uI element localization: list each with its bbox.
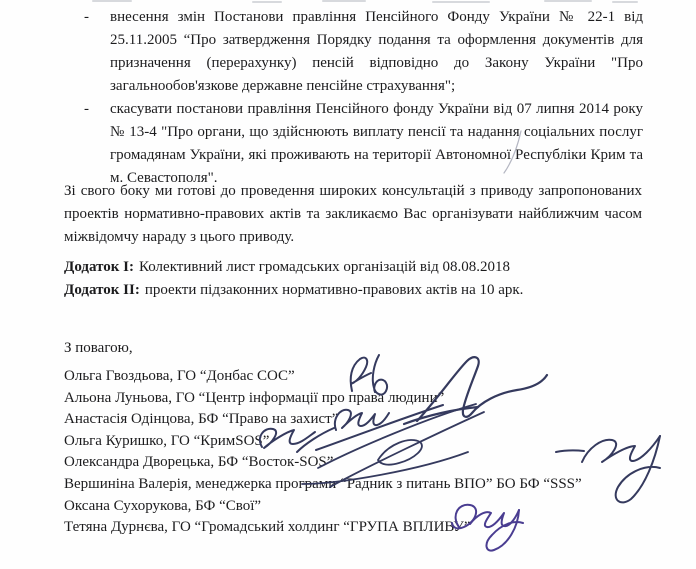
signatories-list: Ольга Гвоздьова, ГО “Донбас СОС” Альона … [64,366,684,539]
scan-artifact [544,0,592,2]
signatory-line: Оксана Сухорукова, БФ “Свої” [64,496,684,518]
attachment-text: проекти підзаконних нормативно-правових … [145,282,524,298]
signatory-line: Анастасія Одінцова, БФ “Право на захист” [64,409,684,431]
bullet-dash: - [84,6,110,29]
paragraph-line: Зі свого боку ми готові до проведення ши… [64,180,642,203]
signatory-line: Альона Луньова, ГО “Центр інформації про… [64,388,684,410]
paragraph-line: міжвідомчу нараду з цього приводу. [64,226,642,249]
closing-salutation: З повагою, [64,338,133,358]
signatory-line: Ольга Гвоздьова, ГО “Донбас СОС” [64,366,684,388]
bullet-list: - внесення змін Постанови правління Пенс… [84,6,643,190]
bullet-line: № 13-4 "Про органи, що здійснюють виплат… [110,121,643,144]
signatory-line: Тетяна Дурнєва, ГО “Громадський холдинг … [64,517,684,539]
bullet-line: внесення змін Постанови правління Пенсій… [110,6,643,29]
attachment-text: Колективний лист громадських організацій… [139,259,510,275]
bullet-line: призначення (перерахунку) пенсій відпові… [110,52,643,75]
list-item: - внесення змін Постанови правління Пенс… [84,6,643,98]
bullet-line: скасувати постанови правління Пенсійного… [110,98,643,121]
bullet-text: внесення змін Постанови правління Пенсій… [110,6,643,98]
scan-artifact [322,0,366,2]
scan-artifact [252,1,282,3]
bullet-text: скасувати постанови правління Пенсійного… [110,98,643,190]
signatory-line: Ольга Куришко, ГО “КримSOS” [64,431,684,453]
scan-artifact [92,0,132,2]
signatory-line: Олександра Дворецька, БФ “Восток-SOS” [64,452,684,474]
bullet-dash: - [84,98,110,121]
list-item: - скасувати постанови правління Пенсійно… [84,98,643,190]
scan-artifact [432,1,490,3]
scan-artifact [612,1,638,3]
attachment-line: Додаток I:Колективний лист громадських о… [64,256,664,279]
body-paragraph: Зі свого боку ми готові до проведення ши… [64,180,642,249]
signatory-line: Вершиніна Валерія, менеджерка програми “… [64,474,684,496]
paragraph-line: проектів нормативно-правових актів та за… [64,203,642,226]
bullet-line: 25.11.2005 “Про затвердження Порядку под… [110,29,643,52]
attachment-line: Додаток II:проекти підзаконних нормативн… [64,279,664,302]
bullet-line: громадянам України, які проживають на те… [110,144,643,167]
bullet-line: загальнообов'язкове державне пенсійне ст… [110,75,643,98]
attachment-label: Додаток II: [64,282,140,298]
attachment-label: Додаток I: [64,259,134,275]
scanned-letter-page: - внесення змін Постанови правління Пенс… [0,0,696,569]
attachments-section: Додаток I:Колективний лист громадських о… [64,256,664,302]
